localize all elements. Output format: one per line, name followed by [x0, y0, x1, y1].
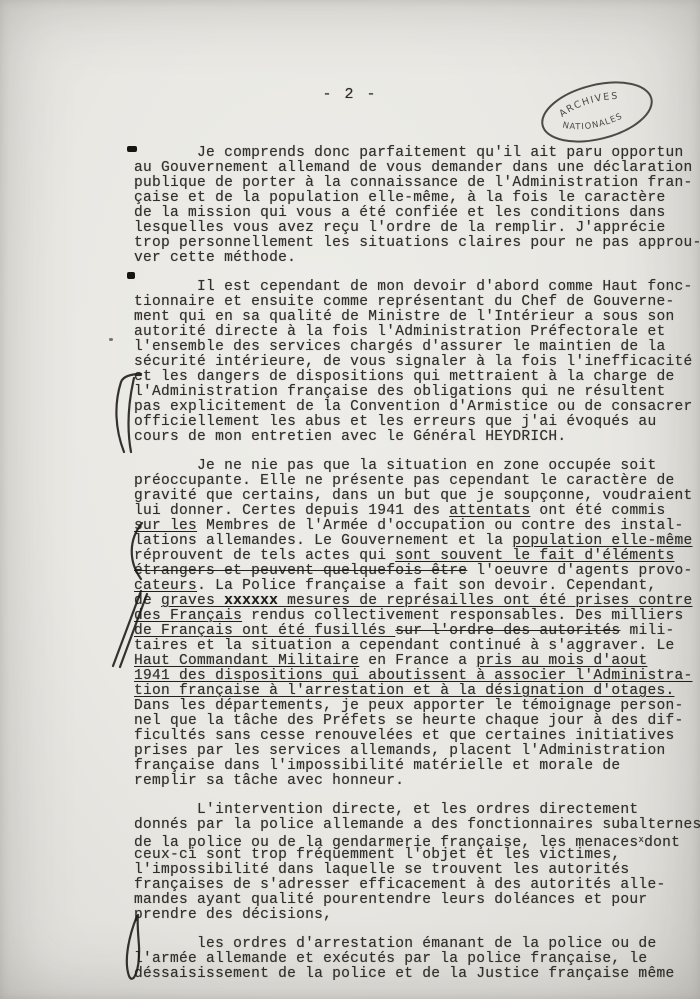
text-line: étrangers et peuvent quelquefois être l'…: [134, 564, 700, 579]
text-line: publique de porter à la connaissance de …: [134, 176, 700, 191]
text-line: L'intervention directe, et les ordres di…: [134, 803, 700, 818]
text-line: Je comprends donc parfaitement qu'il ait…: [134, 146, 700, 161]
text-line: cateurs. La Police française a fait son …: [134, 579, 700, 594]
text-line: préoccupante. Elle ne présente pas cepen…: [134, 474, 700, 489]
text-line: Il est cependant de mon devoir d'abord c…: [134, 280, 700, 295]
text-line: lui donner. Certes depuis 1941 des atten…: [134, 504, 700, 519]
document-page: - 2 - ARCHIVES NATIONALES Je comprends d…: [0, 0, 700, 999]
text-line: taires et la situation a cependant conti…: [134, 639, 700, 654]
text-line: autorité directe à la fois l'Administrat…: [134, 325, 700, 340]
paragraph: L'intervention directe, et les ordres di…: [134, 803, 700, 923]
text-line: et les dangers de dispositions qui mettr…: [134, 370, 700, 385]
paragraph: Je ne nie pas que la situation en zone o…: [134, 459, 700, 789]
text-line: Dans les départements, je peux apporter …: [134, 699, 700, 714]
text-line: les ordres d'arrestation émanant de la p…: [134, 937, 700, 952]
text-line: remplir sa tâche avec honneur.: [134, 774, 700, 789]
text-line: déssaisissement de la police et de la Ju…: [134, 967, 700, 982]
text-line: des Français rendus collectivement respo…: [134, 609, 700, 624]
text-line: officiellement les abus et les erreurs q…: [134, 415, 700, 430]
text-line: de Français ont été fusillés sur l'ordre…: [134, 624, 700, 639]
text-line: trop personnellement les situations clai…: [134, 236, 700, 251]
text-line: mandes ayant qualité pourentendre leurs …: [134, 893, 700, 908]
text-line: l'impossibilité dans laquelle se trouven…: [134, 863, 700, 878]
paragraph: Il est cependant de mon devoir d'abord c…: [134, 280, 700, 445]
stamp-oval-border: [536, 72, 658, 151]
text-line: l'armée allemande et exécutés par la pol…: [134, 952, 700, 967]
text-line: sur les Membres de l'Armée d'occupation …: [134, 519, 700, 534]
text-line: nel que la tâche des Préfets se heurte c…: [134, 714, 700, 729]
text-line: réprouvent de tels actes qui sont souven…: [134, 549, 700, 564]
text-line: de graves xxxxxx mesures de représailles…: [134, 594, 700, 609]
text-line: ment qui en sa qualité de Ministre de l'…: [134, 310, 700, 325]
ink-speck: [127, 272, 135, 279]
text-line: l'Administration française des obligatio…: [134, 385, 700, 400]
paragraph: Je comprends donc parfaitement qu'il ait…: [134, 146, 700, 266]
text-line: prendre des décisions,: [134, 908, 700, 923]
text-line: donnés par la police allemande a des fon…: [134, 818, 700, 833]
text-line: gravité que certains, dans un but que je…: [134, 489, 700, 504]
paragraph: les ordres d'arrestation émanant de la p…: [134, 937, 700, 982]
text-line: ver cette méthode.: [134, 251, 700, 266]
ink-speck: [109, 338, 113, 341]
text-line: ficultés sans cesse renouvelées et que c…: [134, 729, 700, 744]
text-line: française dans l'impossibilité matériell…: [134, 759, 700, 774]
text-line: l'ensemble des services chargés d'assure…: [134, 340, 700, 355]
text-line: lesquelles vous avez reçu l'ordre de la …: [134, 221, 700, 236]
text-line: pas explicitement de la Convention d'Arm…: [134, 400, 700, 415]
text-line: Je ne nie pas que la situation en zone o…: [134, 459, 700, 474]
text-line: cours de mon entretien avec le Général H…: [134, 430, 700, 445]
text-line: Haut Commandant Militaire en France a pr…: [134, 654, 700, 669]
ink-speck: [127, 146, 137, 152]
text-line: de la mission qui vous a été confiée et …: [134, 206, 700, 221]
text-line: prises par les services allemands, place…: [134, 744, 700, 759]
text-line: tion française à l'arrestation et à la d…: [134, 684, 700, 699]
text-line: sécurité intérieure, de vous signaler à …: [134, 355, 700, 370]
text-line: lations allemandes. Le Gouvernement et l…: [134, 534, 700, 549]
text-line: tionnaire et ensuite comme représentant …: [134, 295, 700, 310]
text-line: 1941 des dispositions qui aboutissent à …: [134, 669, 700, 684]
text-line: au Gouvernement allemand de vous demande…: [134, 161, 700, 176]
text-line: de la police ou de la gendarmerie frança…: [134, 833, 700, 848]
text-line: françaises de s'adresser efficacement à …: [134, 878, 700, 893]
text-line: ceux-ci sont trop fréquemment l'objet et…: [134, 848, 700, 863]
document-body: Je comprends donc parfaitement qu'il ait…: [134, 146, 700, 982]
text-line: çaise et de la population elle-même, à l…: [134, 191, 700, 206]
